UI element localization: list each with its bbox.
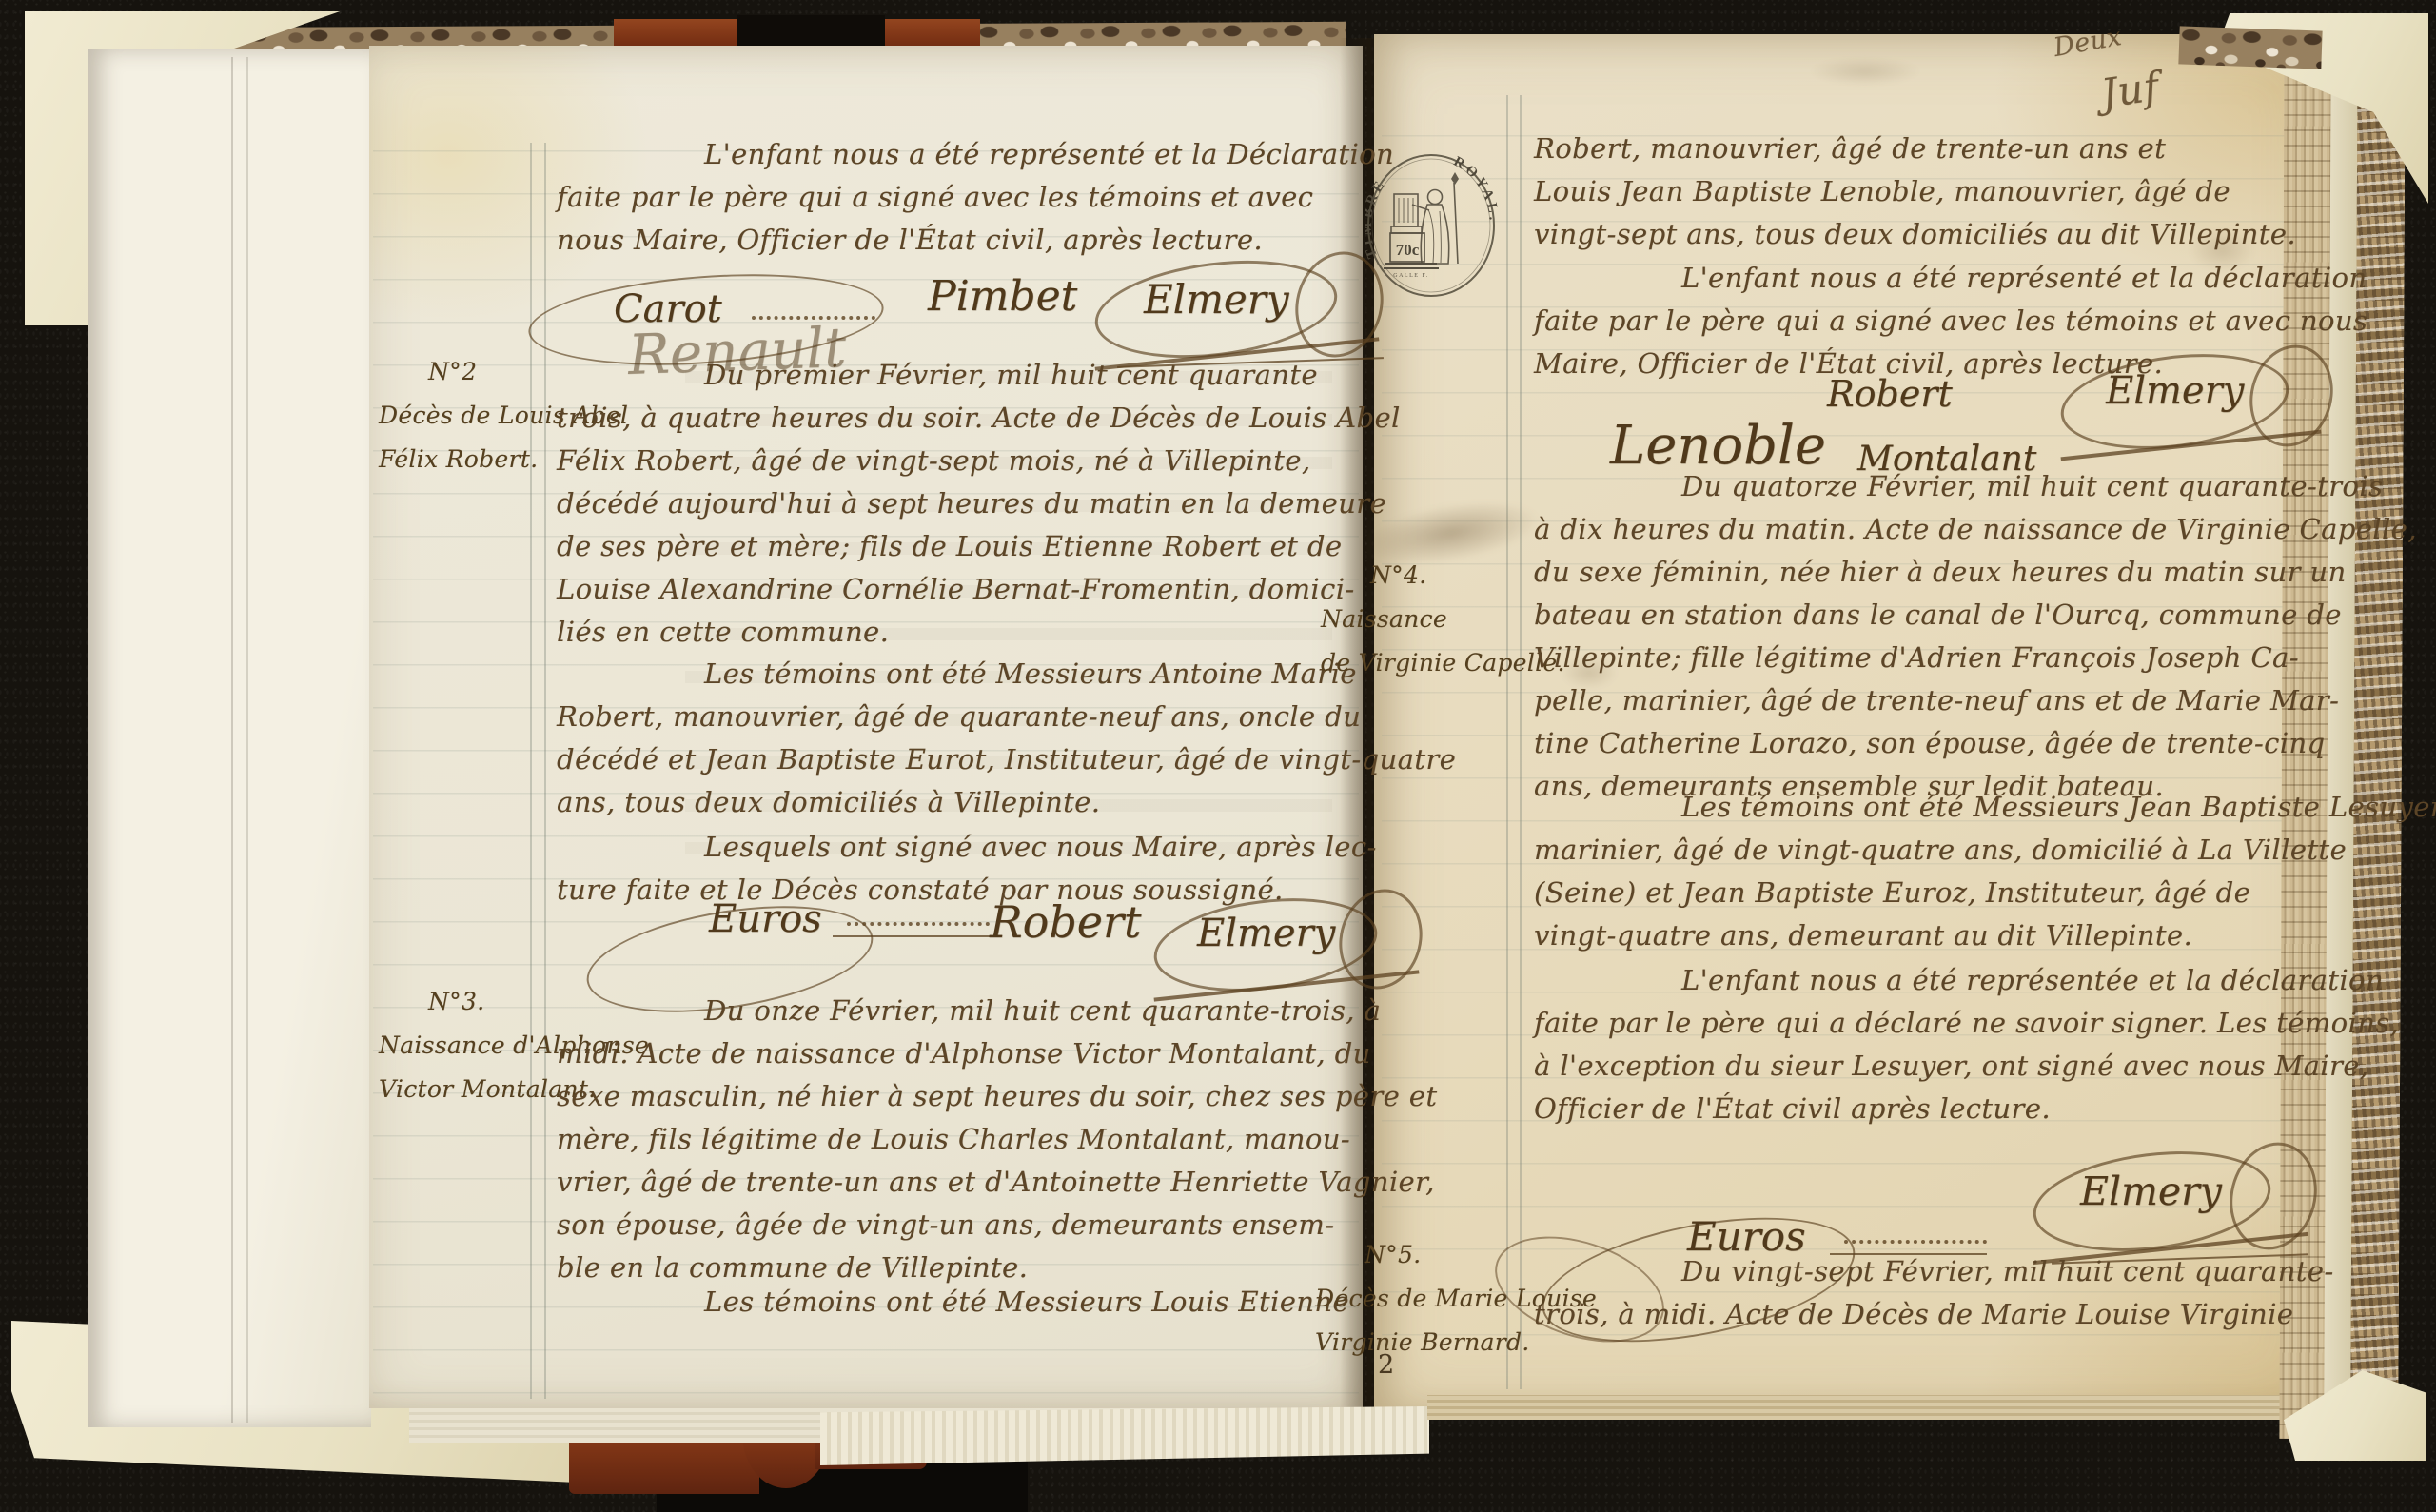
foxing-spot xyxy=(1808,57,1922,86)
left-flyleaf-page xyxy=(88,49,371,1427)
handwritten-line: liés en cette commune. xyxy=(557,611,1401,654)
handwritten-line: N°4. xyxy=(1321,554,1565,598)
act3-witness-line: Les témoins ont été Messieurs Louis Etie… xyxy=(557,1281,1349,1324)
flyleaf-fold-line xyxy=(246,57,248,1423)
handwritten-line: (Seine) et Jean Baptiste Euroz, Institut… xyxy=(1534,872,2436,914)
margin-note-act4: N°4.Naissancede Virginie Capelle. xyxy=(1321,554,1565,685)
handwritten-line: faite par le père qui a déclaré ne savoi… xyxy=(1534,1002,2399,1045)
right-page-margin-rule xyxy=(1520,95,1522,1389)
stamp-value: 70c xyxy=(1396,241,1420,259)
handwritten-line: mère, fils légitime de Louis Charles Mon… xyxy=(557,1118,1437,1161)
handwritten-line: du sexe féminin, née hier à deux heures … xyxy=(1534,551,2417,594)
signature-elmery: Elmery xyxy=(2060,339,2346,481)
handwritten-line: de ses père et mère; fils de Louis Etien… xyxy=(557,525,1401,568)
bottom-endpaper-band xyxy=(820,1406,1429,1465)
handwritten-line: Naissance xyxy=(1321,598,1565,641)
handwritten-line: marinier, âgé de vingt-quatre ans, domic… xyxy=(1534,829,2436,872)
handwritten-line: Les témoins ont été Messieurs Jean Bapti… xyxy=(1534,786,2436,829)
handwritten-line: Robert, manouvrier, âgé de quarante-neuf… xyxy=(557,696,1456,738)
handwritten-line: Louis Jean Baptiste Lenoble, manouvrier,… xyxy=(1534,170,2296,213)
handwritten-line: trois, à midi. Acte de Décès de Marie Lo… xyxy=(1534,1293,2334,1336)
handwritten-line: Robert, manouvrier, âgé de trente-un ans… xyxy=(1534,128,2296,170)
act5-body: Du vingt-sept Février, mil huit cent qua… xyxy=(1534,1250,2334,1336)
act4-witnesses: Les témoins ont été Messieurs Jean Bapti… xyxy=(1534,786,2436,957)
act4-declaration: L'enfant nous a été représentée et la dé… xyxy=(1534,959,2399,1130)
handwritten-line: L'enfant nous a été représenté et la déc… xyxy=(1534,257,2367,300)
handwritten-line: à l'exception du sieur Lesuyer, ont sign… xyxy=(1534,1045,2399,1088)
left-intro-paragraph: L'enfant nous a été représenté et la Déc… xyxy=(557,133,1394,262)
handwritten-line: trois, à quatre heures du soir. Acte de … xyxy=(557,397,1401,440)
flyleaf-fold-line xyxy=(231,57,233,1423)
handwritten-line: Du onze Février, mil huit cent quarante-… xyxy=(557,990,1437,1032)
handwritten-line: Du premier Février, mil huit cent quaran… xyxy=(557,354,1401,397)
handwritten-line: Villepinte; fille légitime d'Adrien Fran… xyxy=(1534,637,2417,679)
handwritten-line: L'enfant nous a été représenté et la Déc… xyxy=(557,133,1394,176)
handwritten-line: Louise Alexandrine Cornélie Bernat-Frome… xyxy=(557,568,1401,611)
photograph-of-open-register: TIMBRE ROYAL. 70c GALLE F. L'enfant nous… xyxy=(0,0,2436,1512)
handwritten-line: décédé aujourd'hui à sept heures du mati… xyxy=(557,482,1401,525)
handwritten-line: tine Catherine Lorazo, son épouse, âgée … xyxy=(1534,722,2417,765)
right-page-margin-rule xyxy=(1506,95,1508,1389)
handwritten-line: vingt-quatre ans, demeurant au dit Ville… xyxy=(1534,914,2436,957)
act4-body: Du quatorze Février, mil huit cent quara… xyxy=(1534,465,2417,808)
handwritten-line: Du vingt-sept Février, mil huit cent qua… xyxy=(1534,1250,2334,1293)
handwritten-line: bateau en station dans le canal de l'Our… xyxy=(1534,594,2417,637)
sheet-number: 2 xyxy=(1378,1344,1395,1386)
handwritten-line: midi. Acte de naissance d'Alphonse Victo… xyxy=(557,1032,1437,1075)
handwritten-line: décédé et Jean Baptiste Eurot, Institute… xyxy=(557,738,1456,781)
handwritten-line: faite par le père qui a signé avec les t… xyxy=(1534,300,2367,343)
handwritten-line: pelle, marinier, âgé de trente-neuf ans … xyxy=(1534,679,2417,722)
handwritten-line: à dix heures du matin. Acte de naissance… xyxy=(1534,508,2417,551)
handwritten-line: Lesquels ont signé avec nous Maire, aprè… xyxy=(557,826,1377,869)
handwritten-line: Du quatorze Février, mil huit cent quara… xyxy=(1534,465,2417,508)
handwritten-line: faite par le père qui a signé avec les t… xyxy=(557,176,1394,219)
act2-body: Du premier Février, mil huit cent quaran… xyxy=(557,354,1401,654)
handwritten-line: vrier, âgé de trente-un ans et d'Antoine… xyxy=(557,1161,1437,1204)
handwritten-line: ans, tous deux domiciliés à Villepinte. xyxy=(557,781,1456,824)
handwritten-line: L'enfant nous a été représentée et la dé… xyxy=(1534,959,2399,1002)
archival-corner-paraph: Juf xyxy=(2098,65,2161,115)
stamp-text-royal: ROYAL. xyxy=(1451,154,1498,224)
svg-text:ROYAL.: ROYAL. xyxy=(1451,154,1498,224)
handwritten-line: Félix Robert, âgé de vingt-sept mois, né… xyxy=(557,440,1401,482)
handwritten-line: Officier de l'État civil après lecture. xyxy=(1534,1088,2399,1130)
handwritten-line: vingt-sept ans, tous deux domiciliés au … xyxy=(1534,213,2296,256)
handwritten-line: de Virginie Capelle. xyxy=(1321,641,1565,685)
act3-body: Du onze Février, mil huit cent quarante-… xyxy=(557,990,1437,1289)
handwritten-line: son épouse, âgée de vingt-un ans, demeur… xyxy=(557,1204,1437,1247)
act3-continuation: Robert, manouvrier, âgé de trente-un ans… xyxy=(1534,128,2296,256)
cover-top-right-marbled xyxy=(2178,26,2322,69)
right-page-bottom-edge xyxy=(1427,1395,2318,1420)
handwritten-line: sexe masculin, né hier à sept heures du … xyxy=(557,1075,1437,1118)
